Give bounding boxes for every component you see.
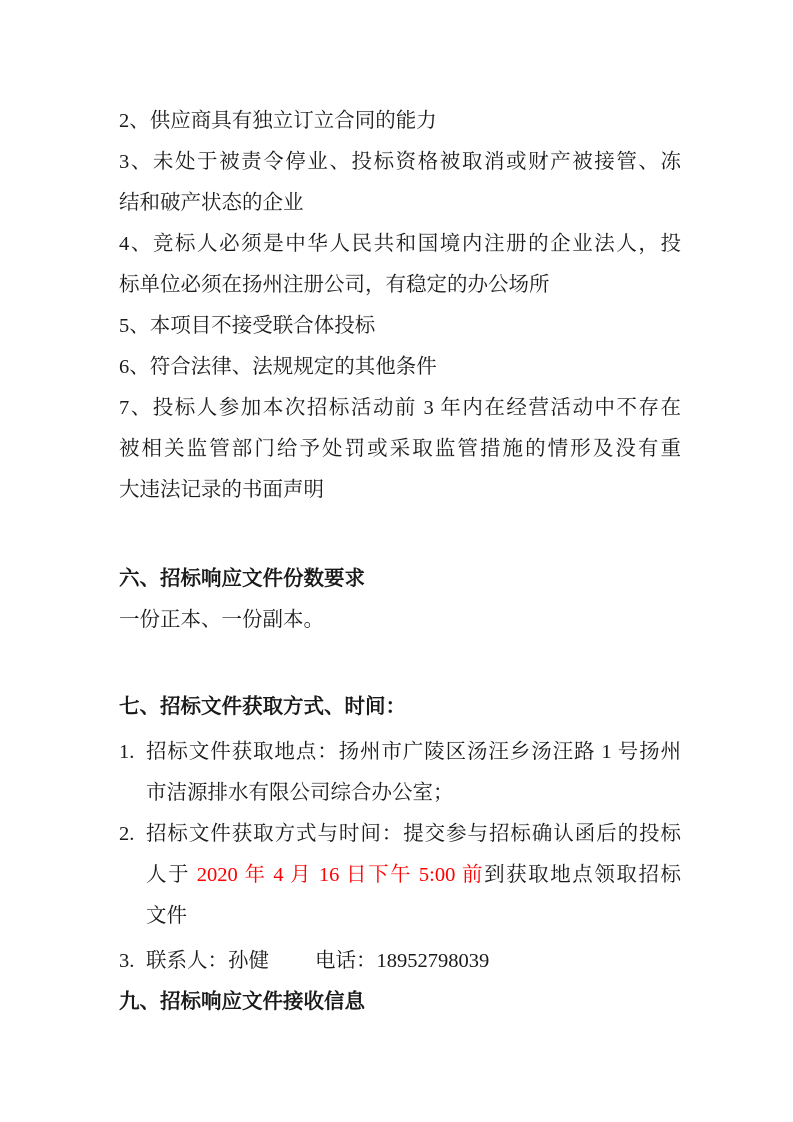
deadline-highlight: 2020 年 4 月 16 日下午 5:00 前	[197, 864, 484, 886]
section-six-heading: 六、招标响应文件份数要求	[119, 559, 681, 600]
list-item-2-number: 2.	[119, 814, 146, 855]
document-page: 2、供应商具有独立订立合同的能力 3、未处于被责令停业、投标资格被取消或财产被接…	[0, 0, 793, 1122]
condition-line-5: 5、本项目不接受联合体投标	[119, 306, 681, 347]
section-seven-heading: 七、招标文件获取方式、时间：	[119, 687, 681, 728]
contact-name: 联系人：孙健	[146, 950, 269, 972]
pickup-method-line: 招标文件获取方式与时间：提交参与招标确认函后的投标	[146, 814, 681, 855]
list-item-1-number: 1.	[119, 732, 146, 773]
condition-line-4: 4、竞标人必须是中华人民共和国境内注册的企业法人，投	[119, 224, 681, 265]
pickup-location-line: 招标文件获取地点：扬州市广陵区汤汪乡汤汪路 1 号扬州	[146, 732, 681, 773]
section-six-body: 一份正本、一份副本。	[119, 600, 681, 641]
list-item-1-body: 招标文件获取地点：扬州市广陵区汤汪乡汤汪路 1 号扬州 市洁源排水有限公司综合办…	[146, 732, 681, 814]
list-item-1: 1. 招标文件获取地点：扬州市广陵区汤汪乡汤汪路 1 号扬州 市洁源排水有限公司…	[119, 732, 681, 814]
contact-phone: 电话：18952798039	[315, 950, 489, 972]
condition-line-7: 7、投标人参加本次招标活动前 3 年内在经营活动中不存在	[119, 388, 681, 429]
condition-line-2: 2、供应商具有独立订立合同的能力	[119, 101, 681, 142]
section-nine-heading: 九、招标响应文件接收信息	[119, 982, 681, 1023]
list-item-3-body: 联系人：孙健电话：18952798039	[146, 941, 681, 982]
deadline-line: 人于 2020 年 4 月 16 日下午 5:00 前到获取地点领取招标	[146, 855, 681, 896]
condition-line-3-cont: 结和破产状态的企业	[119, 183, 681, 224]
condition-line-7-cont2: 大违法记录的书面声明	[119, 470, 681, 511]
condition-line-4-cont: 标单位必须在扬州注册公司，有稳定的办公场所	[119, 265, 681, 306]
ordered-list: 1. 招标文件获取地点：扬州市广陵区汤汪乡汤汪路 1 号扬州 市洁源排水有限公司…	[119, 732, 681, 982]
condition-line-6: 6、符合法律、法规规定的其他条件	[119, 347, 681, 388]
pickup-location-line-cont: 市洁源排水有限公司综合办公室；	[146, 773, 681, 814]
list-item-2-body: 招标文件获取方式与时间：提交参与招标确认函后的投标 人于 2020 年 4 月 …	[146, 814, 681, 937]
condition-line-3: 3、未处于被责令停业、投标资格被取消或财产被接管、冻	[119, 142, 681, 183]
list-item-2: 2. 招标文件获取方式与时间：提交参与招标确认函后的投标 人于 2020 年 4…	[119, 814, 681, 937]
deadline-suffix: 到获取地点领取招标	[484, 864, 681, 886]
deadline-line-cont: 文件	[146, 896, 681, 937]
condition-line-7-cont: 被相关监管部门给予处罚或采取监管措施的情形及没有重	[119, 429, 681, 470]
contact-line: 联系人：孙健电话：18952798039	[146, 941, 681, 982]
document-content: 2、供应商具有独立订立合同的能力 3、未处于被责令停业、投标资格被取消或财产被接…	[119, 101, 681, 1023]
list-item-3-number: 3.	[119, 941, 146, 982]
list-item-3: 3. 联系人：孙健电话：18952798039	[119, 941, 681, 982]
deadline-prefix: 人于	[146, 864, 197, 886]
